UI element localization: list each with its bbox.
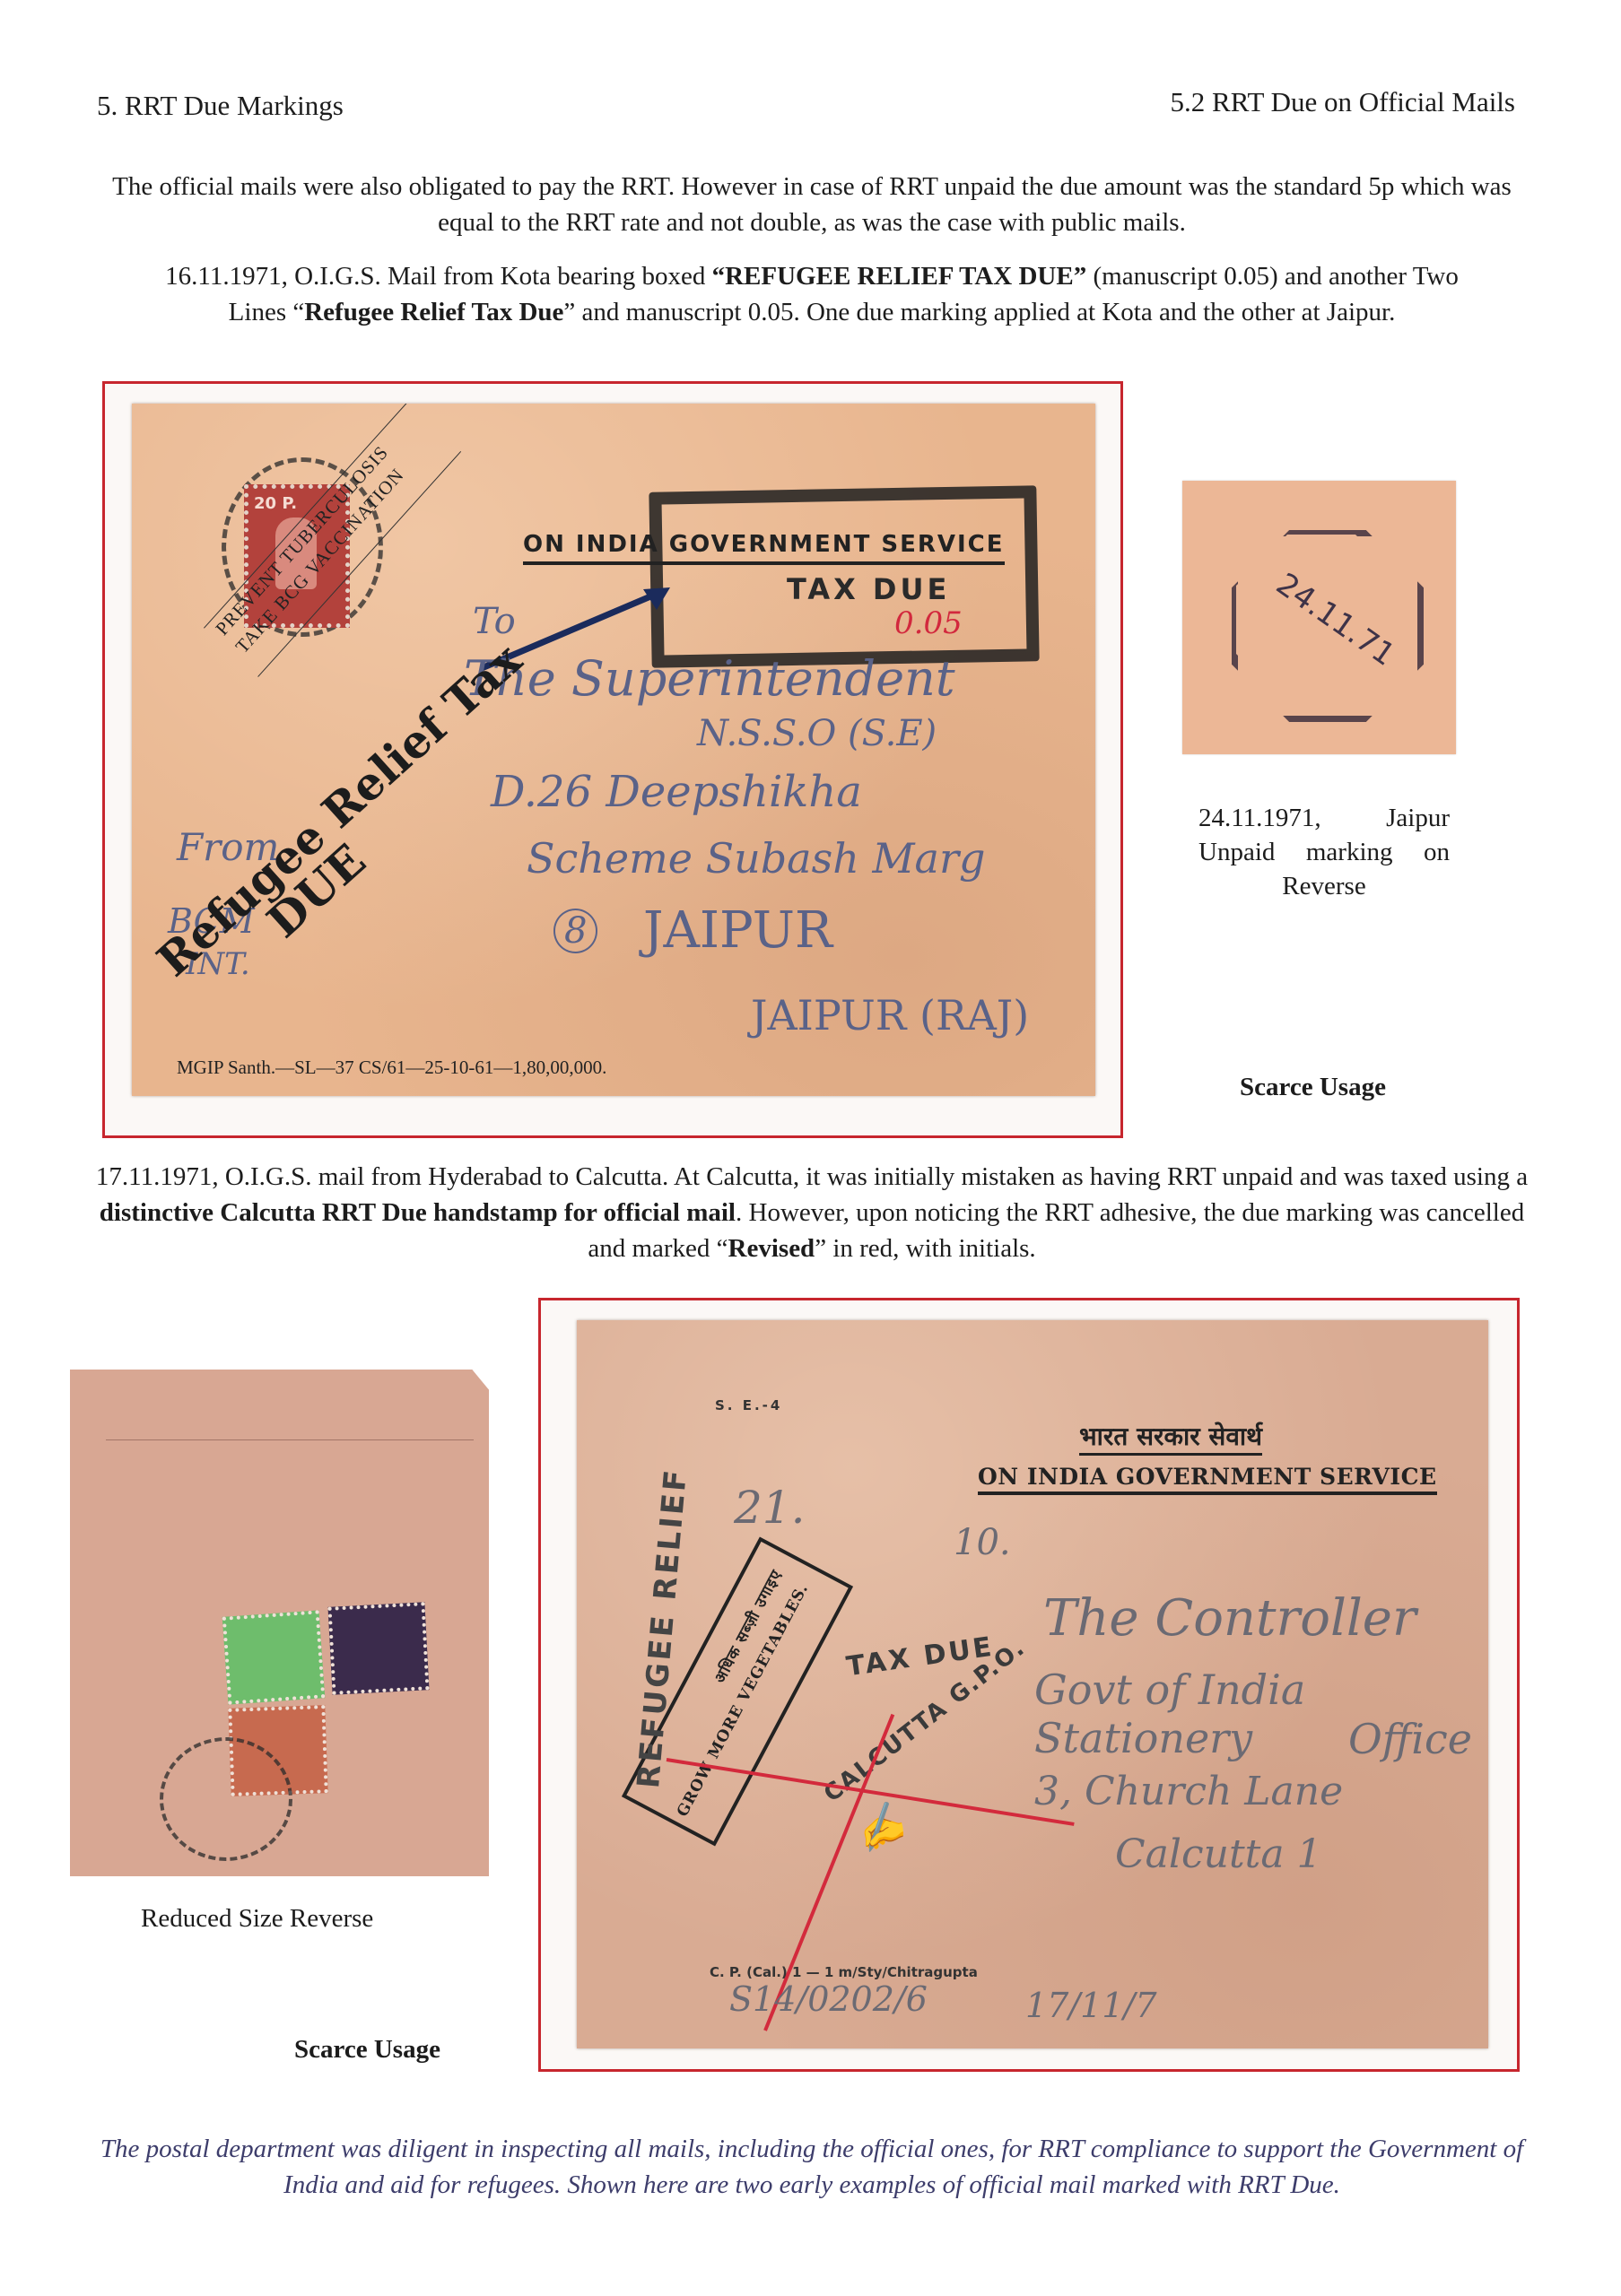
intro-paragraph: The official mails were also obligated t… [90,169,1534,240]
manuscript-number: 10. [954,1522,1011,1563]
pin-circled: 8 [553,909,597,953]
cover2-frame: S. E.-4 भारत सरकार सेवार्थ ON INDIA GOVE… [538,1298,1520,2072]
manuscript-date: 17/11/7 [1025,1986,1157,2025]
manuscript-reference: S14/0202/6 [729,1979,928,2019]
section-title: 5. RRT Due Markings [97,90,344,122]
manuscript-number: 21. [734,1482,806,1534]
cover1-frame: 20 P. PREVENT TUBERCULOSIS TAKE BCG VACC… [102,381,1123,1138]
ogs-frank: ON INDIA GOVERNMENT SERVICE [523,531,1005,565]
address-line: The Controller [1043,1589,1416,1648]
desc-bold: “REFUGEE RELIEF TAX DUE” [712,262,1087,291]
jaipur-caption: 24.11.1971, Jaipur Unpaid marking on Rev… [1198,801,1450,903]
purple-service-stamp [328,1602,430,1695]
cover1-envelope: 20 P. PREVENT TUBERCULOSIS TAKE BCG VACC… [132,404,1095,1096]
scarce-usage-label: Scarce Usage [294,2032,440,2066]
desc-text: ” and manuscript 0.05. One due marking a… [563,298,1395,326]
address-city-state: JAIPUR (RAJ) [751,991,1029,1039]
address-line: Scheme Subash Marg [527,834,985,883]
address-line: D.26 Deepshikha [491,767,862,817]
manuscript-due: 0.05 [894,605,963,641]
reverse-postmark [160,1737,292,1861]
flap-edge [106,1439,474,1440]
desc-bold: Refugee Relief Tax Due [304,298,563,326]
green-service-stamp [222,1610,326,1704]
desc-text: ” in red, with initials. [815,1234,1035,1263]
hindi-frank: भारत सरकार सेवार्थ [1079,1419,1262,1456]
ogs-frank: ON INDIA GOVERNMENT SERVICE [978,1464,1437,1495]
footer-note: The postal department was diligent in in… [90,2131,1534,2203]
item2-description: 17.11.1971, O.I.G.S. mail from Hyderabad… [90,1159,1534,1266]
marking-line: Refugee Relief Tax [150,636,529,984]
stamp-value: 20 P. [254,494,297,513]
printer-imprint: MGIP Santh.—SL—37 CS/61—25-10-61—1,80,00… [177,1057,606,1079]
desc-bold: distinctive Calcutta RRT Due handstamp f… [100,1198,736,1227]
reduced-size-caption: Reduced Size Reverse [141,1901,373,1935]
address-line: Office [1348,1715,1472,1763]
jaipur-reverse-detail: 24.11.71 [1182,481,1456,754]
scarce-usage-label: Scarce Usage [1240,1070,1386,1104]
address-city: JAIPUR [643,901,832,960]
cover2-envelope: S. E.-4 भारत सरकार सेवार्थ ON INDIA GOVE… [577,1320,1488,2048]
form-number: S. E.-4 [715,1397,782,1413]
item1-description: 16.11.1971, O.I.G.S. Mail from Kota bear… [135,258,1489,330]
address-line: Calcutta 1 [1115,1831,1322,1877]
desc-bold: Revised [728,1234,815,1263]
address-line: N.S.S.O (S.E) [697,713,937,754]
printer-imprint: C. P. (Cal.) 1 — 1 m/Sty/Chitragupta [710,1964,978,1980]
address-line: 3, Church Lane [1034,1769,1343,1814]
subsection-title: 5.2 RRT Due on Official Mails [1171,86,1515,118]
tax-due-text: TAX DUE [787,572,950,606]
desc-text: 17.11.1971, O.I.G.S. mail from Hyderabad… [96,1162,1528,1191]
desc-text: 16.11.1971, O.I.G.S. Mail from Kota bear… [165,262,711,291]
cover2-reverse [70,1370,489,1876]
